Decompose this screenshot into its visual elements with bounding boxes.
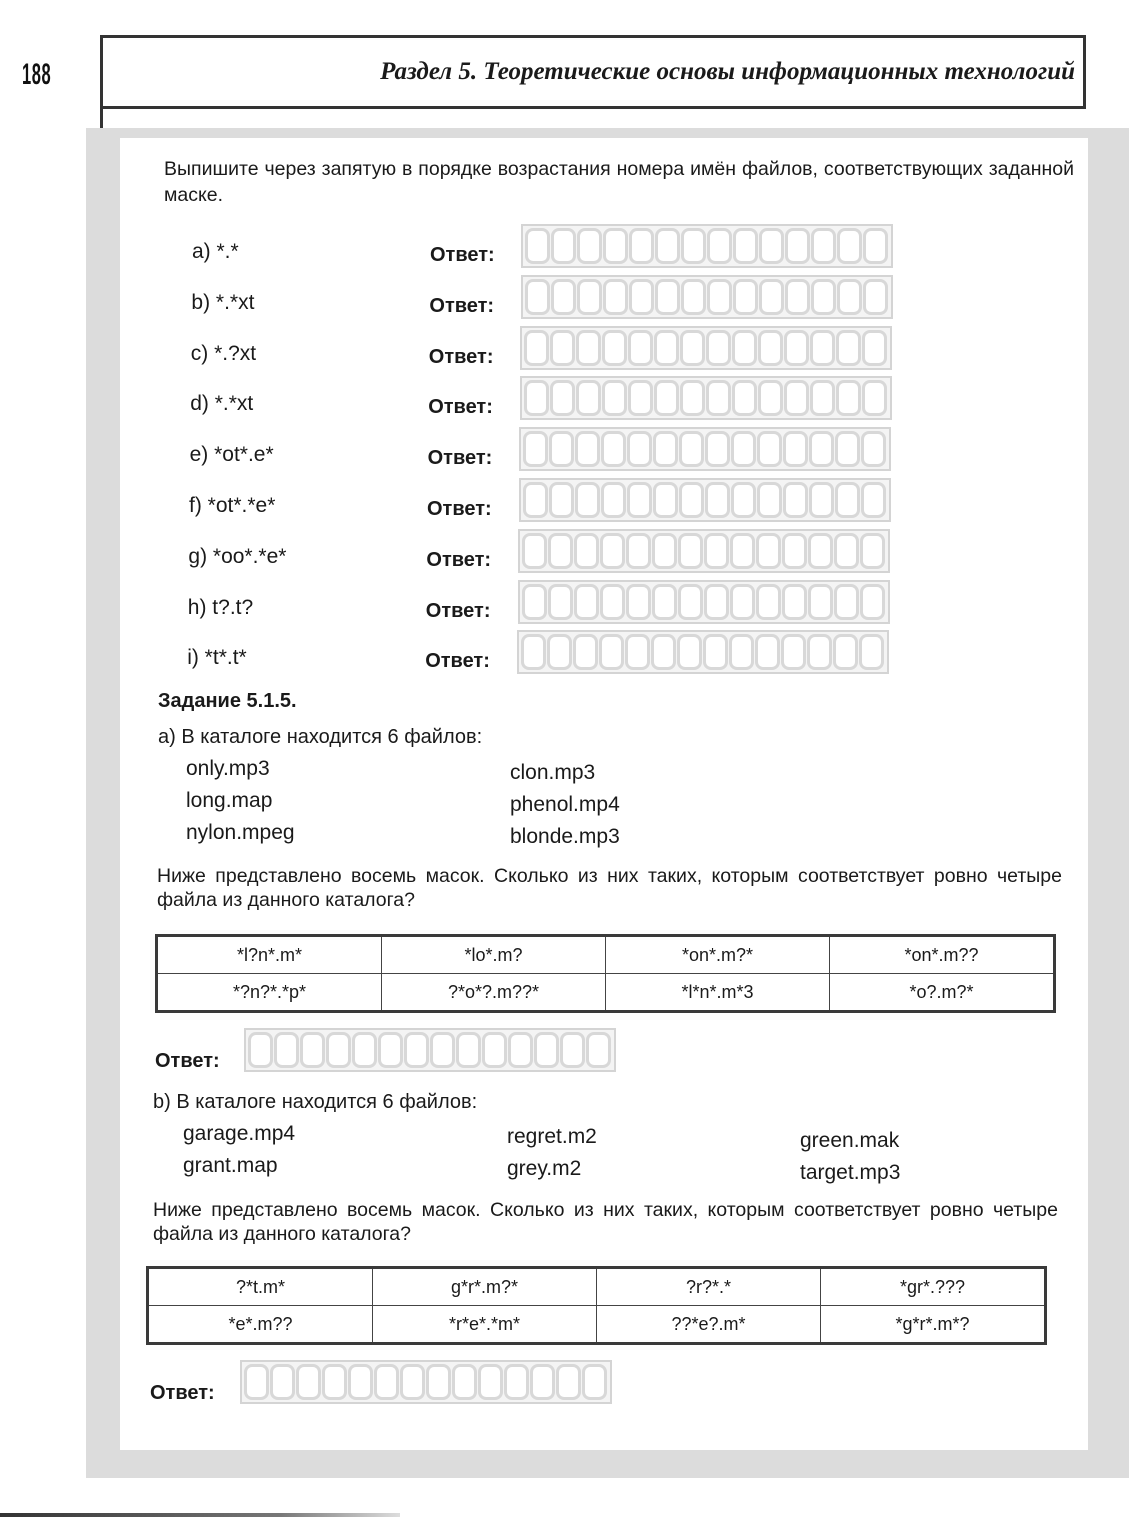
answer-cell[interactable] xyxy=(603,279,628,315)
answer-cell[interactable] xyxy=(576,330,601,366)
mask-text: f) *ot*.*e* xyxy=(189,494,275,518)
mask-cell: ??*e?.m* xyxy=(597,1306,821,1344)
mask-cell: *r*e*.*m* xyxy=(373,1306,597,1344)
answer-cell[interactable] xyxy=(835,482,860,518)
answer-label: Ответ: xyxy=(429,295,494,318)
answer-cell[interactable] xyxy=(678,533,703,569)
answer-cell[interactable] xyxy=(733,228,758,264)
answer-cell[interactable] xyxy=(784,330,809,366)
part-a-masks-table: *l?n*.m* *lo*.m? *on*.m?* *on*.m?? *?n?*… xyxy=(155,934,1056,1013)
answer-cell[interactable] xyxy=(652,584,677,620)
answer-cell[interactable] xyxy=(296,1364,321,1400)
answer-cell[interactable] xyxy=(456,1032,481,1068)
answer-cell[interactable] xyxy=(300,1032,325,1068)
answer-cells-part-a[interactable] xyxy=(244,1028,616,1072)
file-name: grey.m2 xyxy=(507,1157,581,1181)
answer-cell[interactable] xyxy=(680,380,705,416)
answer-label: Ответ: xyxy=(427,498,492,521)
answer-cell[interactable] xyxy=(574,584,599,620)
answer-cell[interactable] xyxy=(549,482,574,518)
mask-text: i) *t*.t* xyxy=(187,646,247,670)
answer-cell[interactable] xyxy=(244,1364,269,1400)
answer-cell[interactable] xyxy=(706,380,731,416)
answer-cell[interactable] xyxy=(756,533,781,569)
answer-cell[interactable] xyxy=(808,533,833,569)
answer-cell[interactable] xyxy=(759,279,784,315)
mask-row: c) *.?xtОтвет: xyxy=(0,334,1129,382)
answer-cell[interactable] xyxy=(576,380,601,416)
answer-cell[interactable] xyxy=(530,1364,555,1400)
answer-cell[interactable] xyxy=(400,1364,425,1400)
answer-cell[interactable] xyxy=(859,634,884,670)
answer-cell[interactable] xyxy=(835,431,860,467)
mask-cell: *gr*.??? xyxy=(821,1268,1046,1306)
answer-cell[interactable] xyxy=(836,330,861,366)
mask-cell: *l?n*.m* xyxy=(157,936,382,974)
answer-cell[interactable] xyxy=(574,533,599,569)
answer-cell[interactable] xyxy=(270,1364,295,1400)
answer-cell[interactable] xyxy=(861,431,886,467)
mask-text: h) t?.t? xyxy=(188,596,253,620)
mask-cell: *on*.m?* xyxy=(606,936,830,974)
answer-cells[interactable] xyxy=(520,326,892,370)
answer-cell[interactable] xyxy=(681,279,706,315)
answer-cell[interactable] xyxy=(678,584,703,620)
answer-cell[interactable] xyxy=(730,584,755,620)
answer-cell[interactable] xyxy=(482,1032,507,1068)
answer-cell[interactable] xyxy=(628,380,653,416)
mask-cell: *?n?*.*p* xyxy=(157,974,382,1012)
answer-cell[interactable] xyxy=(599,634,624,670)
mask-row: h) t?.t?Ответ: xyxy=(0,588,1129,636)
answer-cell[interactable] xyxy=(755,634,780,670)
mask-row: a) *.*Ответ: xyxy=(0,232,1129,280)
answer-cell[interactable] xyxy=(521,634,546,670)
answer-cell[interactable] xyxy=(860,584,885,620)
file-name: nylon.mpeg xyxy=(186,821,295,845)
answer-cell[interactable] xyxy=(758,380,783,416)
answer-cell[interactable] xyxy=(551,279,576,315)
answer-cell[interactable] xyxy=(705,431,730,467)
answer-cell[interactable] xyxy=(603,228,628,264)
header-rule xyxy=(100,100,103,130)
answer-cell[interactable] xyxy=(600,584,625,620)
answer-cell[interactable] xyxy=(522,533,547,569)
part-a-label: a) В каталоге находится 6 файлов: xyxy=(158,726,482,749)
answer-cell[interactable] xyxy=(452,1364,477,1400)
answer-cell[interactable] xyxy=(556,1364,581,1400)
answer-cell[interactable] xyxy=(707,228,732,264)
file-name: blonde.mp3 xyxy=(510,825,620,849)
answer-cell[interactable] xyxy=(705,482,730,518)
answer-cell[interactable] xyxy=(582,1364,607,1400)
task-title: Задание 5.1.5. xyxy=(158,690,297,713)
answer-cell[interactable] xyxy=(627,482,652,518)
part-a-question: Ниже представлено восемь масок. Сколько … xyxy=(157,864,1062,912)
answer-label: Ответ: xyxy=(426,549,491,572)
answer-label: Ответ: xyxy=(426,600,491,623)
part-b-label: b) В каталоге находится 6 файлов: xyxy=(153,1091,477,1114)
answer-cell[interactable] xyxy=(730,533,755,569)
answer-label: Ответ: xyxy=(430,244,495,267)
answer-cell[interactable] xyxy=(374,1364,399,1400)
mask-row: d) *.*xtОтвет: xyxy=(0,384,1129,432)
answer-cell[interactable] xyxy=(522,584,547,620)
file-name: garage.mp4 xyxy=(183,1122,295,1146)
mask-text: g) *oo*.*e* xyxy=(188,545,286,569)
mask-text: e) *ot*.e* xyxy=(190,443,274,467)
answer-cell[interactable] xyxy=(704,533,729,569)
answer-cell[interactable] xyxy=(781,634,806,670)
answer-cell[interactable] xyxy=(759,228,784,264)
answer-cell[interactable] xyxy=(523,482,548,518)
answer-cells[interactable] xyxy=(519,427,891,471)
answer-cell[interactable] xyxy=(733,279,758,315)
file-name: regret.m2 xyxy=(507,1125,597,1149)
answer-cell[interactable] xyxy=(811,279,836,315)
answer-cell[interactable] xyxy=(478,1364,503,1400)
answer-cell[interactable] xyxy=(783,431,808,467)
answer-cell[interactable] xyxy=(653,431,678,467)
file-name: grant.map xyxy=(183,1154,278,1178)
bottom-rule xyxy=(0,1513,400,1517)
mask-row: g) *oo*.*e*Ответ: xyxy=(0,537,1129,585)
answer-cell[interactable] xyxy=(560,1032,585,1068)
answer-cell[interactable] xyxy=(625,634,650,670)
answer-cell[interactable] xyxy=(550,380,575,416)
answer-cell[interactable] xyxy=(707,279,732,315)
answer-cell[interactable] xyxy=(679,431,704,467)
answer-cell[interactable] xyxy=(677,634,702,670)
answer-cell[interactable] xyxy=(731,482,756,518)
answer-cell[interactable] xyxy=(629,279,654,315)
answer-cell[interactable] xyxy=(575,482,600,518)
answer-cell[interactable] xyxy=(274,1032,299,1068)
answer-cells-part-b[interactable] xyxy=(240,1360,612,1404)
answer-cell[interactable] xyxy=(862,380,887,416)
answer-cell[interactable] xyxy=(782,584,807,620)
page-number: 188 xyxy=(22,58,51,92)
answer-cell[interactable] xyxy=(809,482,834,518)
answer-cell[interactable] xyxy=(523,431,548,467)
answer-cell[interactable] xyxy=(601,431,626,467)
answer-cell[interactable] xyxy=(378,1032,403,1068)
mask-row: f) *ot*.*e*Ответ: xyxy=(0,486,1129,534)
answer-cell[interactable] xyxy=(551,228,576,264)
mask-cell: *on*.m?? xyxy=(830,936,1055,974)
answer-cell[interactable] xyxy=(626,533,651,569)
answer-cells[interactable] xyxy=(519,478,891,522)
answer-cell[interactable] xyxy=(681,228,706,264)
answer-cell[interactable] xyxy=(756,584,781,620)
answer-cell[interactable] xyxy=(586,1032,611,1068)
answer-cell[interactable] xyxy=(404,1032,429,1068)
answer-cell[interactable] xyxy=(629,228,654,264)
mask-row: b) *.*xtОтвет: xyxy=(0,283,1129,331)
answer-cell[interactable] xyxy=(704,584,729,620)
answer-cell[interactable] xyxy=(862,330,887,366)
answer-cell[interactable] xyxy=(651,634,676,670)
answer-cell[interactable] xyxy=(731,431,756,467)
answer-cell[interactable] xyxy=(655,228,680,264)
table-row: *?n?*.*p* ?*o*?.m??* *l*n*.m*3 *o?.m?* xyxy=(157,974,1055,1012)
answer-cell[interactable] xyxy=(758,330,783,366)
answer-cell[interactable] xyxy=(348,1364,373,1400)
file-name: only.mp3 xyxy=(186,757,270,781)
exercise-instructions: Выпишите через запятую в порядке возраст… xyxy=(164,156,1074,208)
table-row: ?*t.m* g*r*.m?* ?r?*.* *gr*.??? xyxy=(148,1268,1046,1306)
answer-cell[interactable] xyxy=(732,330,757,366)
answer-cell[interactable] xyxy=(626,584,651,620)
answer-cell[interactable] xyxy=(757,431,782,467)
answer-cell[interactable] xyxy=(783,482,808,518)
answer-cell[interactable] xyxy=(322,1364,347,1400)
answer-cell[interactable] xyxy=(810,380,835,416)
answer-cell[interactable] xyxy=(577,228,602,264)
answer-cell[interactable] xyxy=(860,533,885,569)
file-name: clon.mp3 xyxy=(510,761,595,785)
answer-cell[interactable] xyxy=(549,431,574,467)
answer-cell[interactable] xyxy=(785,228,810,264)
answer-cell[interactable] xyxy=(504,1364,529,1400)
answer-cell[interactable] xyxy=(628,330,653,366)
answer-cell[interactable] xyxy=(784,380,809,416)
answer-label: Ответ: xyxy=(428,447,493,470)
answer-cell[interactable] xyxy=(732,380,757,416)
answer-cell[interactable] xyxy=(430,1032,455,1068)
answer-cell[interactable] xyxy=(837,279,862,315)
answer-cell[interactable] xyxy=(706,330,731,366)
mask-text: d) *.*xt xyxy=(190,392,253,416)
answer-label: Ответ: xyxy=(150,1382,215,1405)
answer-cells[interactable] xyxy=(521,275,893,319)
answer-cells[interactable] xyxy=(517,630,889,674)
answer-cell[interactable] xyxy=(757,482,782,518)
answer-cell[interactable] xyxy=(575,431,600,467)
mask-text: b) *.*xt xyxy=(191,291,254,315)
answer-cell[interactable] xyxy=(548,584,573,620)
answer-cell[interactable] xyxy=(655,279,680,315)
table-row: *l?n*.m* *lo*.m? *on*.m?* *on*.m?? xyxy=(157,936,1055,974)
answer-cell[interactable] xyxy=(834,584,859,620)
file-name: phenol.mp4 xyxy=(510,793,620,817)
answer-cell[interactable] xyxy=(654,330,679,366)
mask-row: i) *t*.t*Ответ: xyxy=(0,638,1129,686)
file-name: target.mp3 xyxy=(800,1161,900,1185)
answer-cell[interactable] xyxy=(508,1032,533,1068)
answer-cells[interactable] xyxy=(521,224,893,268)
answer-cell[interactable] xyxy=(534,1032,559,1068)
answer-cell[interactable] xyxy=(654,380,679,416)
answer-cell[interactable] xyxy=(811,228,836,264)
answer-cell[interactable] xyxy=(652,533,677,569)
answer-cell[interactable] xyxy=(627,431,652,467)
table-row: *e*.m?? *r*e*.*m* ??*e?.m* *g*r*.m*? xyxy=(148,1306,1046,1344)
mask-cell: *l*n*.m*3 xyxy=(606,974,830,1012)
mask-cell: ?r?*.* xyxy=(597,1268,821,1306)
answer-cell[interactable] xyxy=(525,279,550,315)
mask-cell: g*r*.m?* xyxy=(373,1268,597,1306)
section-title: Раздел 5. Теоретические основы информаци… xyxy=(380,58,1075,86)
answer-label: Ответ: xyxy=(425,650,490,673)
answer-cell[interactable] xyxy=(601,482,626,518)
answer-cell[interactable] xyxy=(550,330,575,366)
file-name: green.mak xyxy=(800,1129,899,1153)
answer-cell[interactable] xyxy=(577,279,602,315)
answer-cell[interactable] xyxy=(863,228,888,264)
answer-cell[interactable] xyxy=(833,634,858,670)
section-header: Раздел 5. Теоретические основы информаци… xyxy=(100,35,1086,109)
answer-cell[interactable] xyxy=(426,1364,451,1400)
answer-cell[interactable] xyxy=(653,482,678,518)
mask-text: a) *.* xyxy=(192,240,239,264)
part-b-question: Ниже представлено восемь масок. Сколько … xyxy=(153,1198,1058,1246)
answer-cell[interactable] xyxy=(836,380,861,416)
answer-label: Ответ: xyxy=(429,346,494,369)
answer-label: Ответ: xyxy=(155,1050,220,1073)
answer-cell[interactable] xyxy=(326,1032,351,1068)
file-name: long.map xyxy=(186,789,272,813)
answer-cell[interactable] xyxy=(548,533,573,569)
answer-cell[interactable] xyxy=(703,634,728,670)
answer-cell[interactable] xyxy=(809,431,834,467)
answer-cell[interactable] xyxy=(810,330,835,366)
part-b-masks-table: ?*t.m* g*r*.m?* ?r?*.* *gr*.??? *e*.m?? … xyxy=(146,1266,1047,1345)
mask-row: e) *ot*.e*Ответ: xyxy=(0,435,1129,483)
mask-cell: *g*r*.m*? xyxy=(821,1306,1046,1344)
mask-cell: *o?.m?* xyxy=(830,974,1055,1012)
answer-cell[interactable] xyxy=(602,330,627,366)
answer-cell[interactable] xyxy=(834,533,859,569)
mask-cell: ?*t.m* xyxy=(148,1268,373,1306)
mask-text: c) *.?xt xyxy=(191,342,256,366)
answer-cell[interactable] xyxy=(524,380,549,416)
answer-cell[interactable] xyxy=(600,533,625,569)
answer-cells[interactable] xyxy=(520,376,892,420)
answer-cell[interactable] xyxy=(729,634,754,670)
answer-cell[interactable] xyxy=(352,1032,377,1068)
answer-cell[interactable] xyxy=(861,482,886,518)
answer-cell[interactable] xyxy=(547,634,572,670)
answer-cell[interactable] xyxy=(525,228,550,264)
answer-cell[interactable] xyxy=(782,533,807,569)
answer-cell[interactable] xyxy=(602,380,627,416)
answer-cell[interactable] xyxy=(837,228,862,264)
answer-cell[interactable] xyxy=(680,330,705,366)
answer-cells[interactable] xyxy=(518,580,890,624)
mask-cell: *e*.m?? xyxy=(148,1306,373,1344)
answer-cell[interactable] xyxy=(808,584,833,620)
answer-cell[interactable] xyxy=(807,634,832,670)
answer-cell[interactable] xyxy=(679,482,704,518)
answer-cell[interactable] xyxy=(248,1032,273,1068)
answer-label: Ответ: xyxy=(428,396,493,419)
answer-cell[interactable] xyxy=(785,279,810,315)
answer-cell[interactable] xyxy=(573,634,598,670)
answer-cells[interactable] xyxy=(518,529,890,573)
answer-cell[interactable] xyxy=(863,279,888,315)
answer-cell[interactable] xyxy=(524,330,549,366)
mask-cell: *lo*.m? xyxy=(382,936,606,974)
mask-cell: ?*o*?.m??* xyxy=(382,974,606,1012)
